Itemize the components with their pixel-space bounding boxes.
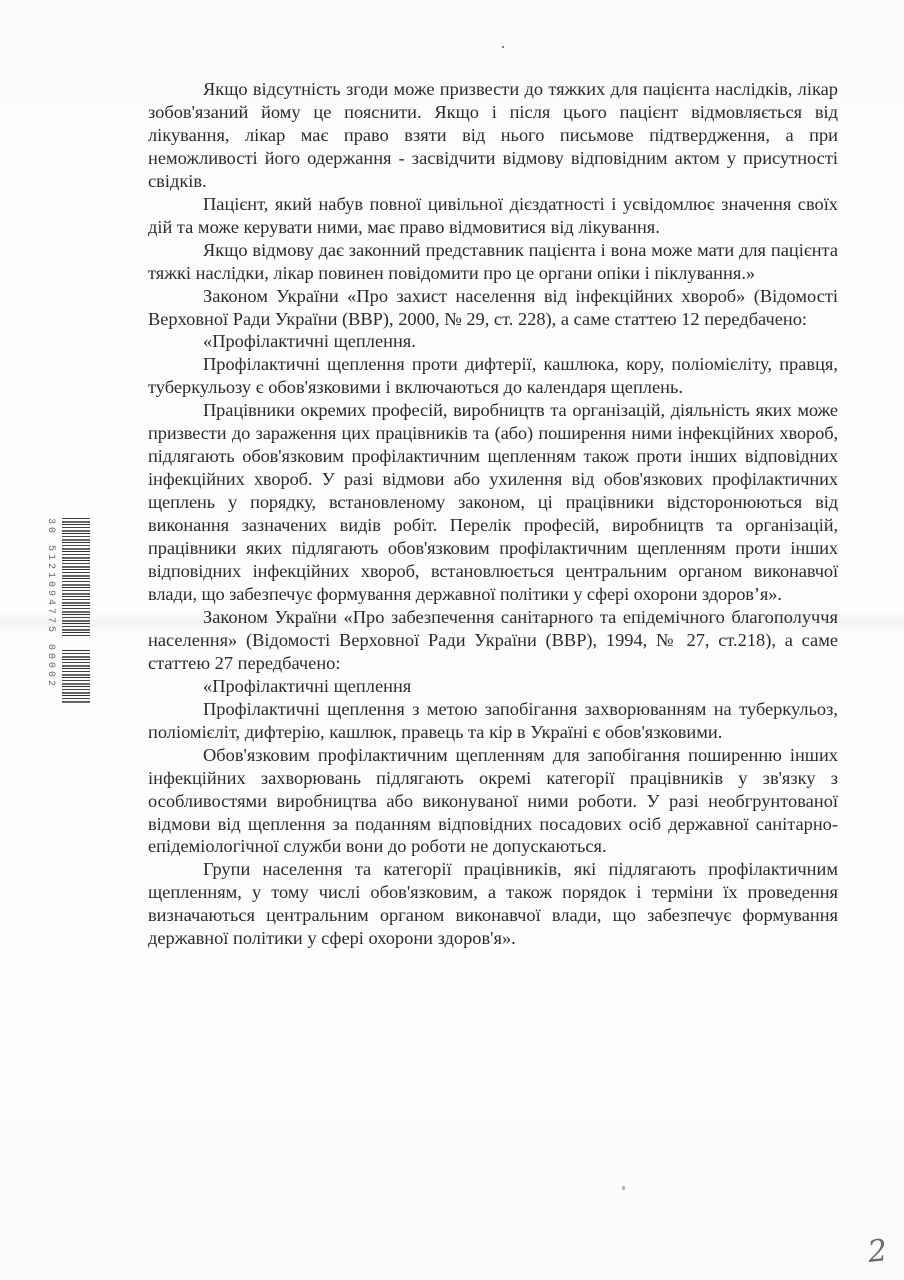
paragraph-legal-representative: Якщо відмову дає законний представник па… [148, 239, 838, 285]
scan-speck [622, 1186, 625, 1190]
handwritten-page-number: 2 [866, 1233, 889, 1270]
paragraph-workers-vaccinations: Працівники окремих професій, виробництв … [148, 399, 838, 606]
paragraph-law-infectious-diseases: Законом України «Про захист населення ві… [148, 285, 838, 331]
paragraph-patient-right-refuse: Пацієнт, який набув повної цивільної діє… [148, 193, 838, 239]
barcode-number: 30 5121094775 00002 [42, 518, 56, 704]
paragraph-vaccinations-mandatory-ukraine: Профілактичні щеплення з метою запобіган… [148, 698, 838, 744]
paragraph-mandatory-categories-workers: Обов'язковим профілактичним щепленням дл… [148, 744, 838, 859]
paragraph-law-sanitary-wellbeing: Законом України «Про забезпечення саніта… [148, 606, 838, 675]
paragraph-refusal-consequences: Якщо відсутність згоди може призвести до… [148, 78, 838, 193]
paragraph-heading-vaccinations-2: «Профілактичні щеплення [148, 675, 838, 698]
barcode: 30 5121094775 00002 [42, 518, 92, 704]
paragraph-groups-and-schedule: Групи населення та категорії працівників… [148, 858, 838, 950]
barcode-gap [62, 636, 90, 650]
paragraph-heading-vaccinations-1: «Профілактичні щеплення. [148, 330, 838, 353]
scan-speck [502, 46, 504, 48]
document-body: Якщо відсутність згоди може призвести до… [148, 78, 838, 950]
paragraph-mandatory-vaccinations-list: Профілактичні щеплення проти дифтерії, к… [148, 353, 838, 399]
barcode-bars [62, 518, 90, 704]
scanned-page: 30 5121094775 00002 Якщо відсутність зго… [0, 0, 904, 1280]
